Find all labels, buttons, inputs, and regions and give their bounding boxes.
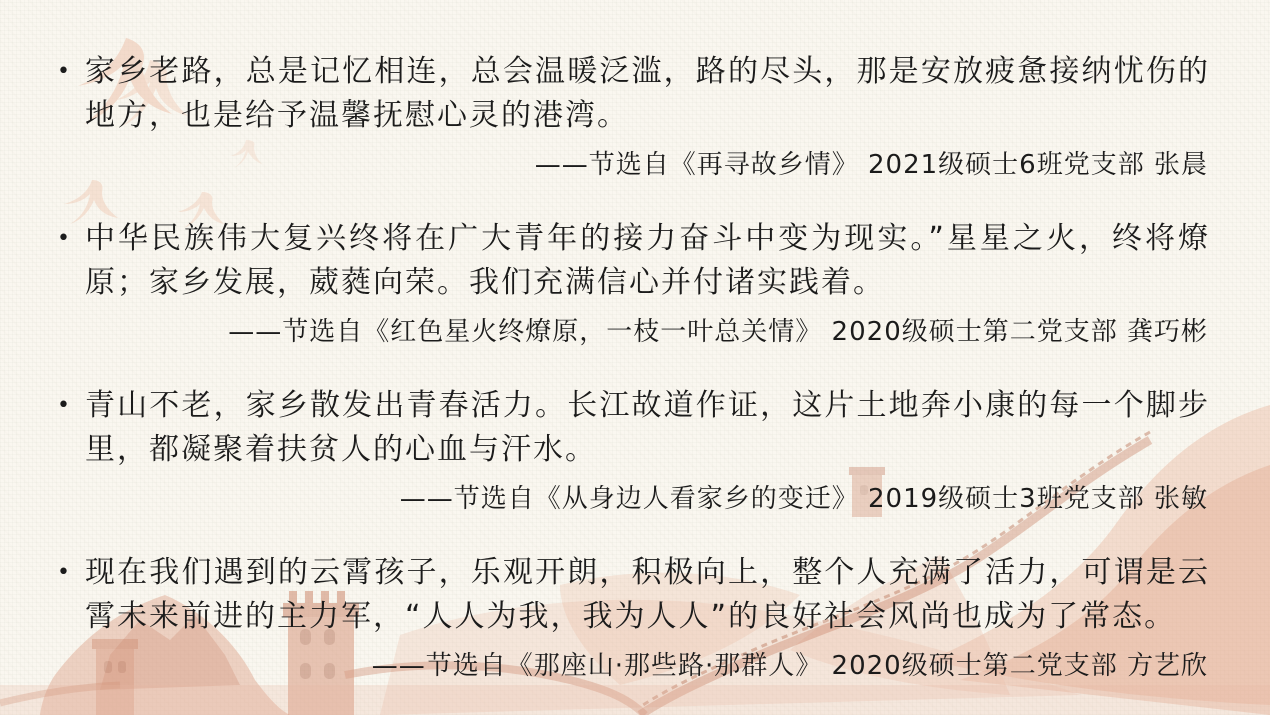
quote-text-1: 家乡老路，总是记忆相连，总会温暖泛滥，路的尽头，那是安放疲惫接纳忧伤的地方，也是… <box>85 50 1210 138</box>
quote-text-3: 青山不老，家乡散发出青春活力。长江故道作证，这片土地奔小康的每一个脚步里，都凝聚… <box>85 384 1210 472</box>
quote-block-1: • 家乡老路，总是记忆相连，总会温暖泛滥，路的尽头，那是安放疲惫接纳忧伤的地方，… <box>57 50 1210 184</box>
quote-text-2: 中华民族伟大复兴终将在广大青年的接力奋斗中变为现实。”星星之火，终将燎原；家乡发… <box>85 217 1210 305</box>
bullet-icon: • <box>57 217 85 261</box>
quote-attribution-4: ——节选自《那座山·那些路·那群人》 2020级硕士第二党支部 方艺欣 <box>57 647 1210 685</box>
quote-list: • 家乡老路，总是记忆相连，总会温暖泛滥，路的尽头，那是安放疲惫接纳忧伤的地方，… <box>57 50 1210 715</box>
quote-attribution-3: ——节选自《从身边人看家乡的变迁》 2019级硕士3班党支部 张敏 <box>57 480 1210 518</box>
bullet-icon: • <box>57 384 85 428</box>
quote-block-2: • 中华民族伟大复兴终将在广大青年的接力奋斗中变为现实。”星星之火，终将燎原；家… <box>57 217 1210 351</box>
quote-attribution-2: ——节选自《红色星火终燎原，一枝一叶总关情》 2020级硕士第二党支部 龚巧彬 <box>57 313 1210 351</box>
quote-block-4: • 现在我们遇到的云霄孩子，乐观开朗，积极向上，整个人充满了活力，可谓是云霄未来… <box>57 551 1210 685</box>
presentation-slide: • 家乡老路，总是记忆相连，总会温暖泛滥，路的尽头，那是安放疲惫接纳忧伤的地方，… <box>0 0 1270 715</box>
quote-block-3: • 青山不老，家乡散发出青春活力。长江故道作证，这片土地奔小康的每一个脚步里，都… <box>57 384 1210 518</box>
quote-text-4: 现在我们遇到的云霄孩子，乐观开朗，积极向上，整个人充满了活力，可谓是云霄未来前进… <box>85 551 1210 639</box>
quote-attribution-1: ——节选自《再寻故乡情》 2021级硕士6班党支部 张晨 <box>57 146 1210 184</box>
bullet-icon: • <box>57 551 85 595</box>
bullet-icon: • <box>57 50 85 94</box>
